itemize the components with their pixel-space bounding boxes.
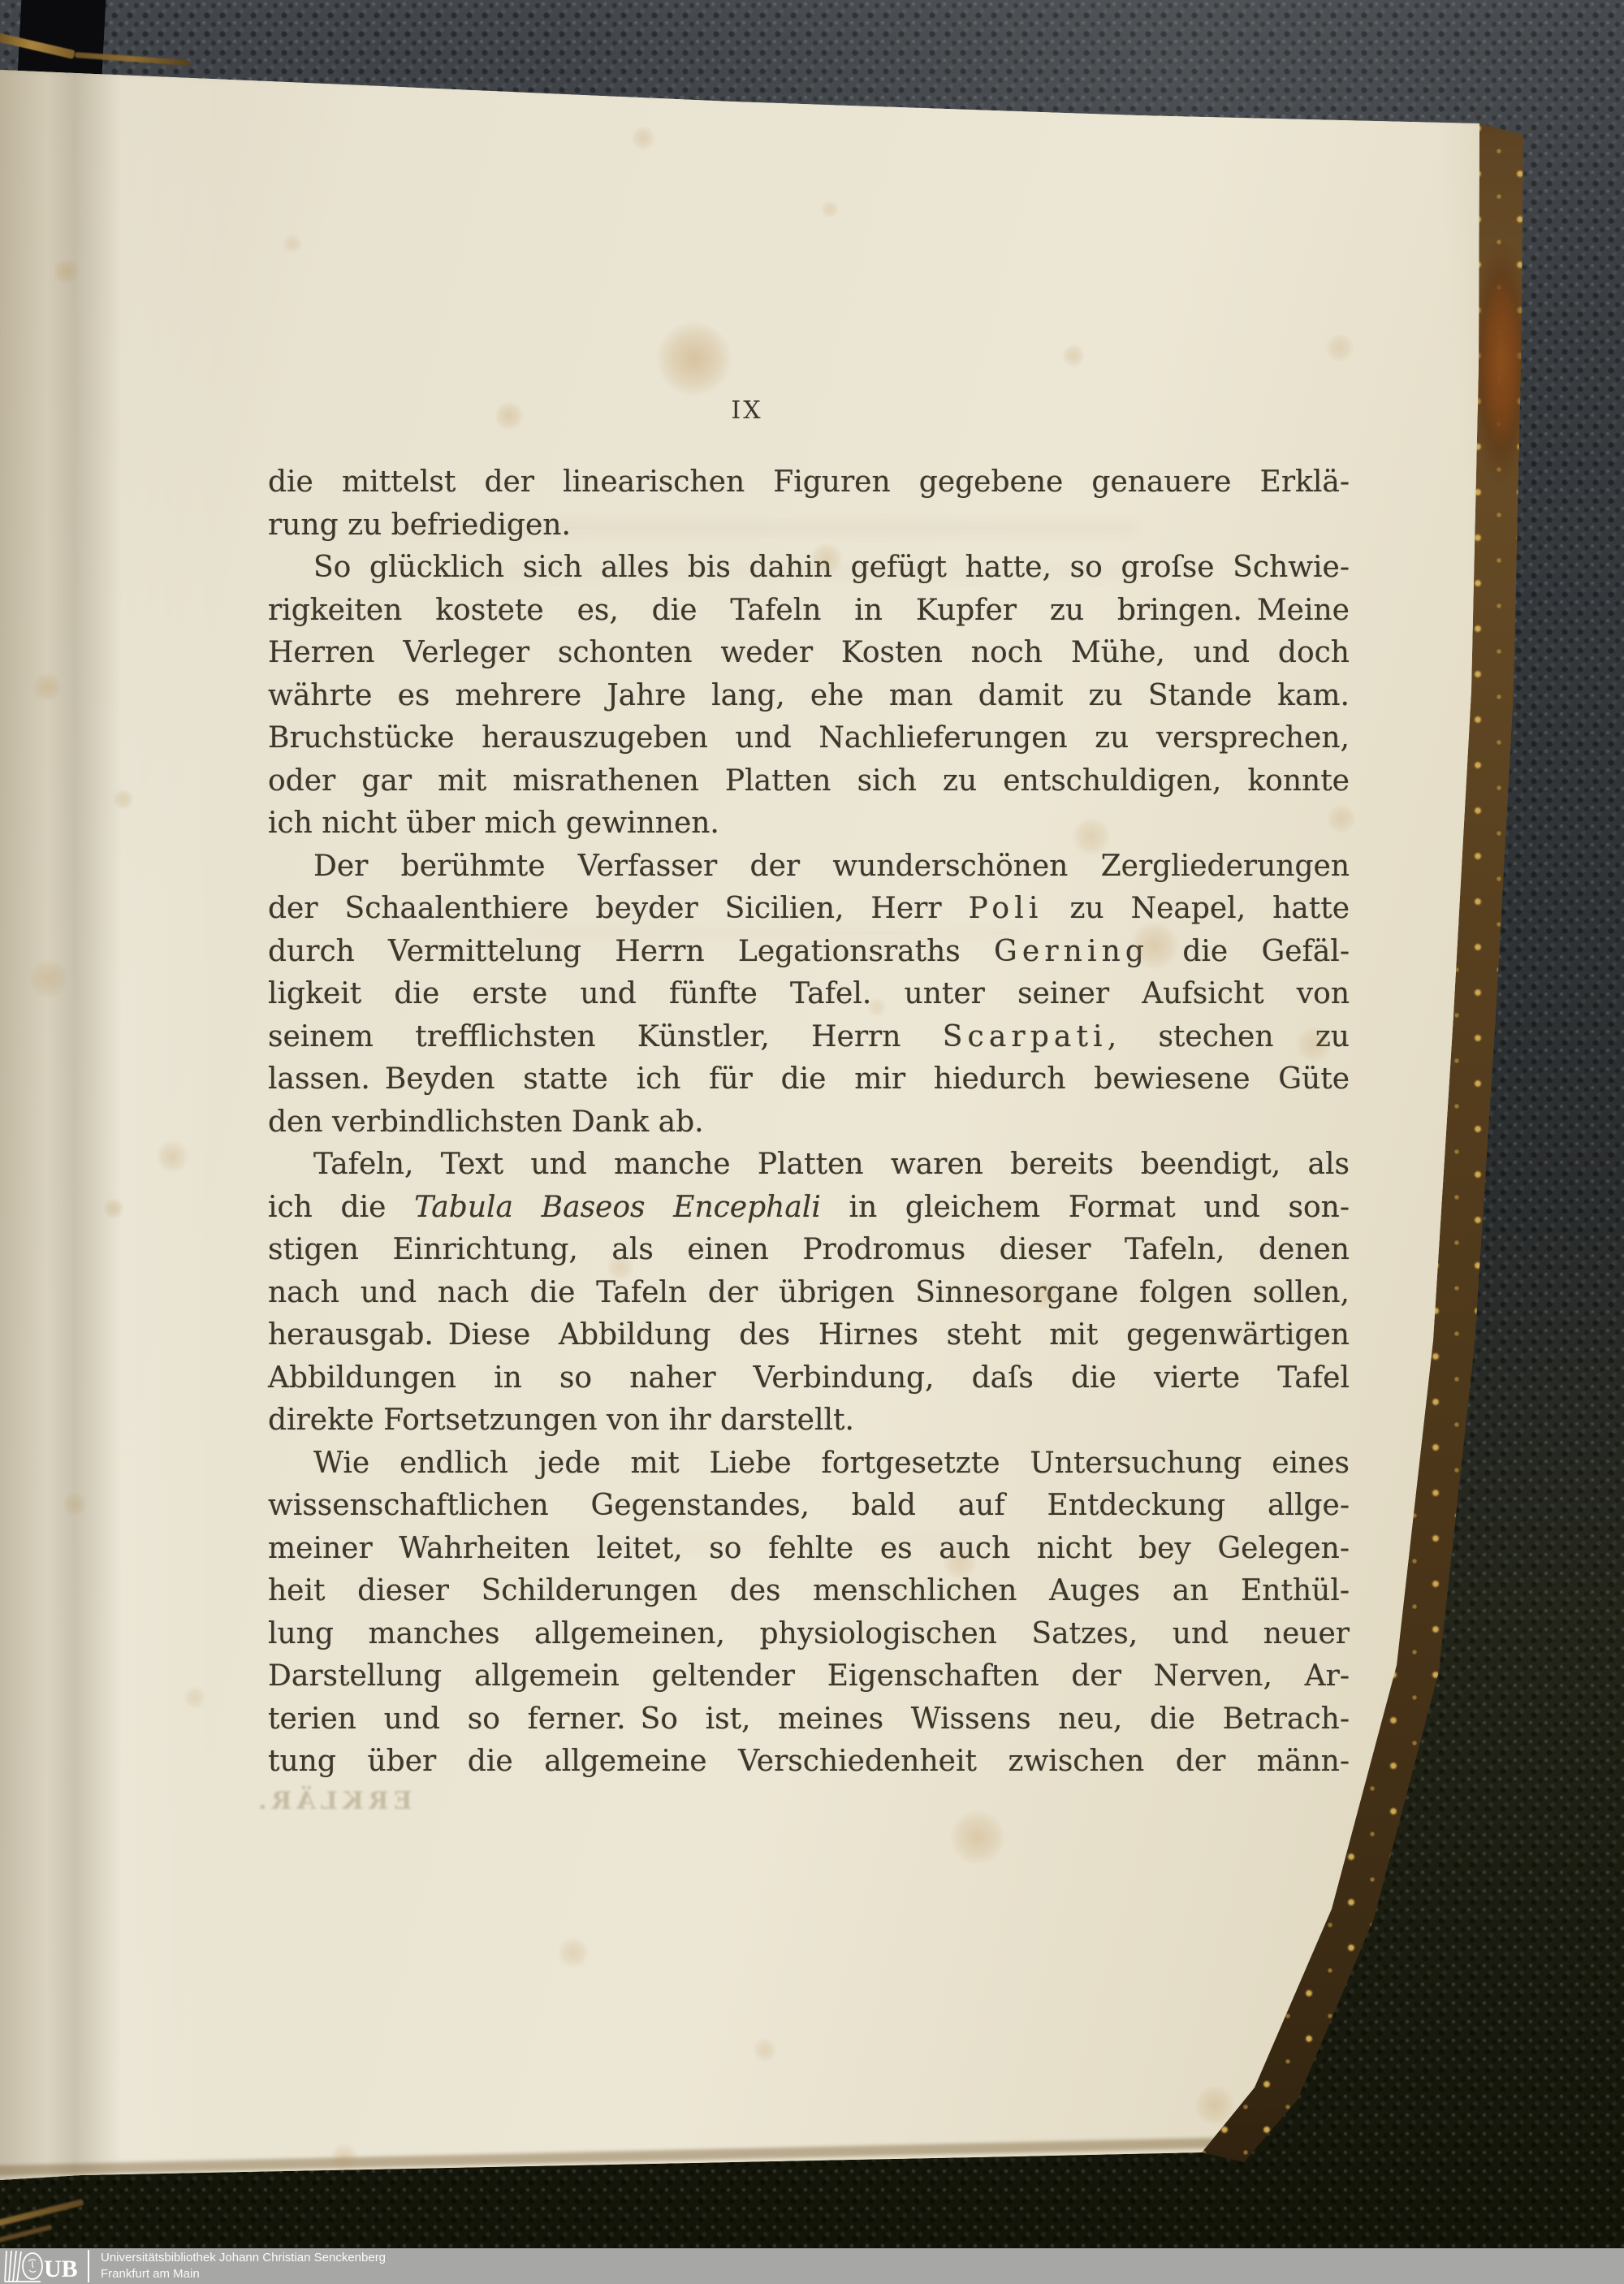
stain	[54, 258, 80, 284]
text-line: Tafeln, Text und manche Platten waren be…	[268, 1144, 1350, 1187]
text-line: den verbindlichsten Dank ab.	[268, 1101, 1350, 1144]
text-line: Wie endlich jede mit Liebe fortgesetzte …	[268, 1443, 1350, 1486]
stain	[29, 959, 68, 998]
page-number: IX	[690, 398, 804, 424]
text-line: So glücklich sich alles bis dahin gefügt…	[268, 547, 1350, 590]
text-line: Darstellung allgemein geltender Eigensch…	[268, 1655, 1350, 1698]
text-line: ich die Tabula Baseos Encephali in gleic…	[268, 1187, 1350, 1230]
text-line: wissenschaftlichen Gegenstandes, bald au…	[268, 1485, 1350, 1528]
library-watermark-bar: UB Universitätsbibliothek Johann Christi…	[0, 2248, 1624, 2284]
stain	[184, 1686, 206, 1709]
stain	[1325, 333, 1354, 362]
text-line: herausgab. Diese Abbildung des Hirnes st…	[268, 1314, 1350, 1357]
text-line: rung zu befriedigen.	[268, 504, 1350, 547]
text-line: tung über die allgemeine Verschiedenheit…	[268, 1741, 1350, 1784]
text-line: Der berühmte Verfasser der wunderschönen…	[268, 846, 1350, 889]
text-line: heit dieser Schilderungen des menschlich…	[268, 1570, 1350, 1613]
text-line: währte es mehrere Jahre lang, ehe man da…	[268, 675, 1350, 718]
text-line: meiner Wahrheiten leitet, so fehlte es a…	[268, 1528, 1350, 1571]
text-line: rigkeiten kostete es, die Tafeln in Kupf…	[268, 590, 1350, 633]
text-line: ligkeit die erste und fünfte Tafel. unte…	[268, 973, 1350, 1016]
stain	[103, 1198, 124, 1219]
ub-logo-text: UB	[44, 2256, 78, 2282]
text-line: oder gar mit misrathenen Platten sich zu…	[268, 760, 1350, 803]
text-line: die mittelst der linearischen Figuren ge…	[268, 461, 1350, 504]
stain	[950, 1810, 1005, 1865]
text-line: Bruchstücke herauszugeben und Nachliefer…	[268, 717, 1350, 760]
text-line: durch Vermittelung Herrn Legationsraths …	[268, 931, 1350, 974]
text-line: lassen. Beyden statte ich für die mir hi…	[268, 1058, 1350, 1101]
text-line: der Schaalenthiere beyder Sicilien, Herr…	[268, 888, 1350, 931]
stain	[821, 201, 839, 218]
library-name: Universitätsbibliothek Johann Christian …	[101, 2250, 386, 2266]
stain	[631, 126, 655, 150]
text-line: stigen Einrichtung, als einen Prodromus …	[268, 1229, 1350, 1272]
ub-logo-icon: UB	[3, 2250, 81, 2282]
text-line: terien und so ferner. So ist, meines Wis…	[268, 1698, 1350, 1741]
page-text-block: die mittelst der linearischen Figuren ge…	[268, 461, 1350, 1784]
library-city: Frankfurt am Main	[101, 2266, 386, 2282]
ghost-show-through-text: ERKLÄR.	[253, 1789, 412, 1815]
stain	[156, 1140, 188, 1173]
book-photo: IX die mittelst der linearischen Figuren…	[0, 0, 1624, 2284]
stain	[113, 789, 134, 810]
text-line: nach und nach die Tafeln der übrigen Sin…	[268, 1272, 1350, 1315]
text-line: ich nicht über mich gewinnen.	[268, 802, 1350, 846]
stain	[32, 673, 62, 702]
stain	[1062, 344, 1085, 367]
cover-gap-shadow	[18, 0, 106, 75]
text-line: Herren Verleger schonten weder Kosten no…	[268, 632, 1350, 675]
stain	[283, 234, 302, 253]
text-line: direkte Fortsetzungen von ihr darstellt.	[268, 1399, 1350, 1443]
stain	[558, 1937, 589, 1968]
text-line: seinem trefflichsten Künstler, Herrn Sca…	[268, 1016, 1350, 1059]
stain	[63, 1492, 87, 1516]
text-line: Abbildungen in so naher Verbindung, daſs…	[268, 1357, 1350, 1400]
ub-logo: UB	[3, 2250, 89, 2282]
text-line: lung manches allgemeinen, physiologische…	[268, 1613, 1350, 1656]
stain	[657, 322, 732, 396]
stain	[495, 401, 524, 430]
stain	[753, 2038, 777, 2062]
